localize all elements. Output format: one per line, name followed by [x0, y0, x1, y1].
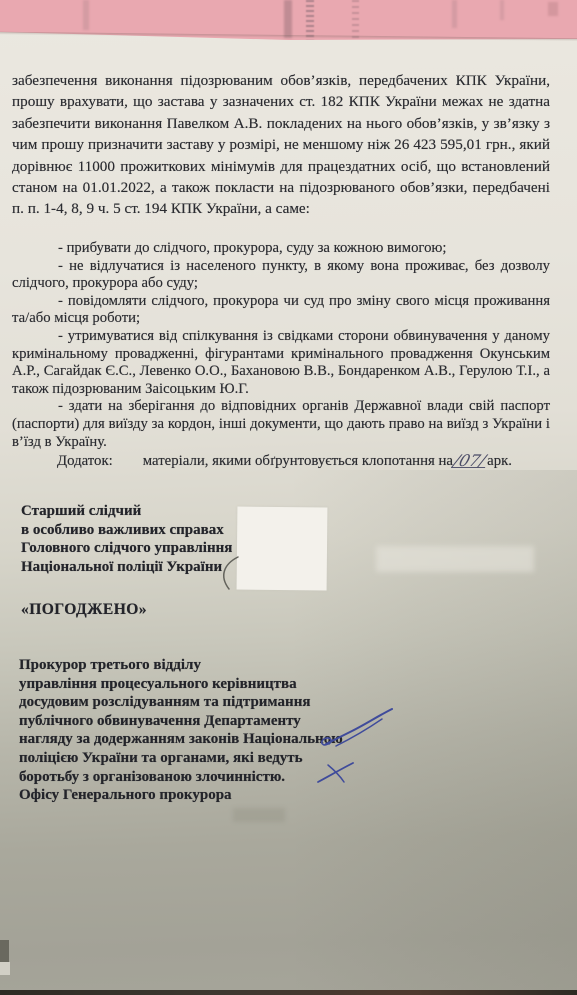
handwritten-sheet-count: /07/ — [451, 454, 489, 468]
scan-artifact-left-light — [0, 962, 10, 975]
pen-mark-parenthesis — [216, 554, 242, 592]
obligation-item-4: - утримуватися від спілкування із свідка… — [12, 328, 550, 398]
show-through-mark — [83, 0, 89, 30]
investigator-title-block: Старший слідчий в особливо важливих спра… — [21, 502, 232, 576]
show-through-mark — [500, 0, 504, 20]
signature-flourish-ink — [313, 760, 359, 786]
show-through-mark — [284, 0, 292, 38]
show-through-mark — [548, 2, 558, 16]
investigator-line: Головного слідчого управління — [21, 539, 232, 558]
investigator-line: в особливо важливих справах — [21, 521, 232, 540]
prosecutor-line: публічного обвинувачення Департаменту — [19, 712, 343, 731]
scan-bottom-edge — [0, 990, 577, 995]
body-paragraph: забезпечення виконання підозрюваним обов… — [12, 70, 550, 220]
attachment-text: матеріали, якими обґрунтовується клопота… — [143, 453, 453, 469]
prosecutor-line: поліцією України та органами, які ведуть — [19, 749, 343, 768]
attachment-line: Додаток:матеріали, якими обґрунтовується… — [12, 452, 550, 470]
obligation-item-2: - не відлучатися із населеного пункту, в… — [12, 258, 550, 293]
obligation-item-1: - прибувати до слідчого, прокурора, суду… — [12, 240, 550, 258]
investigator-line: Старший слідчий — [21, 502, 232, 521]
attachment-text-suffix: арк. — [487, 453, 512, 469]
scan-artifact-left — [0, 940, 9, 962]
prosecutor-title-block: Прокурор третього відділу управління про… — [19, 656, 343, 805]
obligations-list: - прибувати до слідчого, прокурора, суду… — [12, 240, 550, 451]
prosecutor-line: боротьбу з організованою злочинністю. — [19, 768, 343, 787]
investigator-line: Національної поліції України — [21, 558, 232, 577]
scan-artifact-seam — [233, 808, 285, 822]
prosecutor-line: управління процесуального керівництва — [19, 675, 343, 694]
attachment-label: Додаток: — [57, 452, 113, 470]
light-patch — [376, 546, 534, 572]
approved-heading: «ПОГОДЖЕНО» — [21, 601, 147, 619]
prosecutor-signature-ink — [320, 706, 396, 750]
prosecutor-line: досудовим розслідуванням та підтримання — [19, 693, 343, 712]
obligation-item-5: - здати на зберігання до відповідних орг… — [12, 398, 550, 451]
body-text: забезпечення виконання підозрюваним обов… — [12, 70, 550, 220]
prosecutor-line: нагляду за додержанням законів Національ… — [19, 730, 343, 749]
document-photo: забезпечення виконання підозрюваним обов… — [0, 0, 577, 995]
prosecutor-line: Прокурор третього відділу — [19, 656, 343, 675]
prosecutor-line: Офісу Генерального прокурора — [19, 786, 343, 805]
show-through-mark — [452, 0, 457, 28]
obligation-item-3: - повідомляти слідчого, прокурора чи суд… — [12, 293, 550, 328]
whiteout-patch — [237, 507, 328, 591]
